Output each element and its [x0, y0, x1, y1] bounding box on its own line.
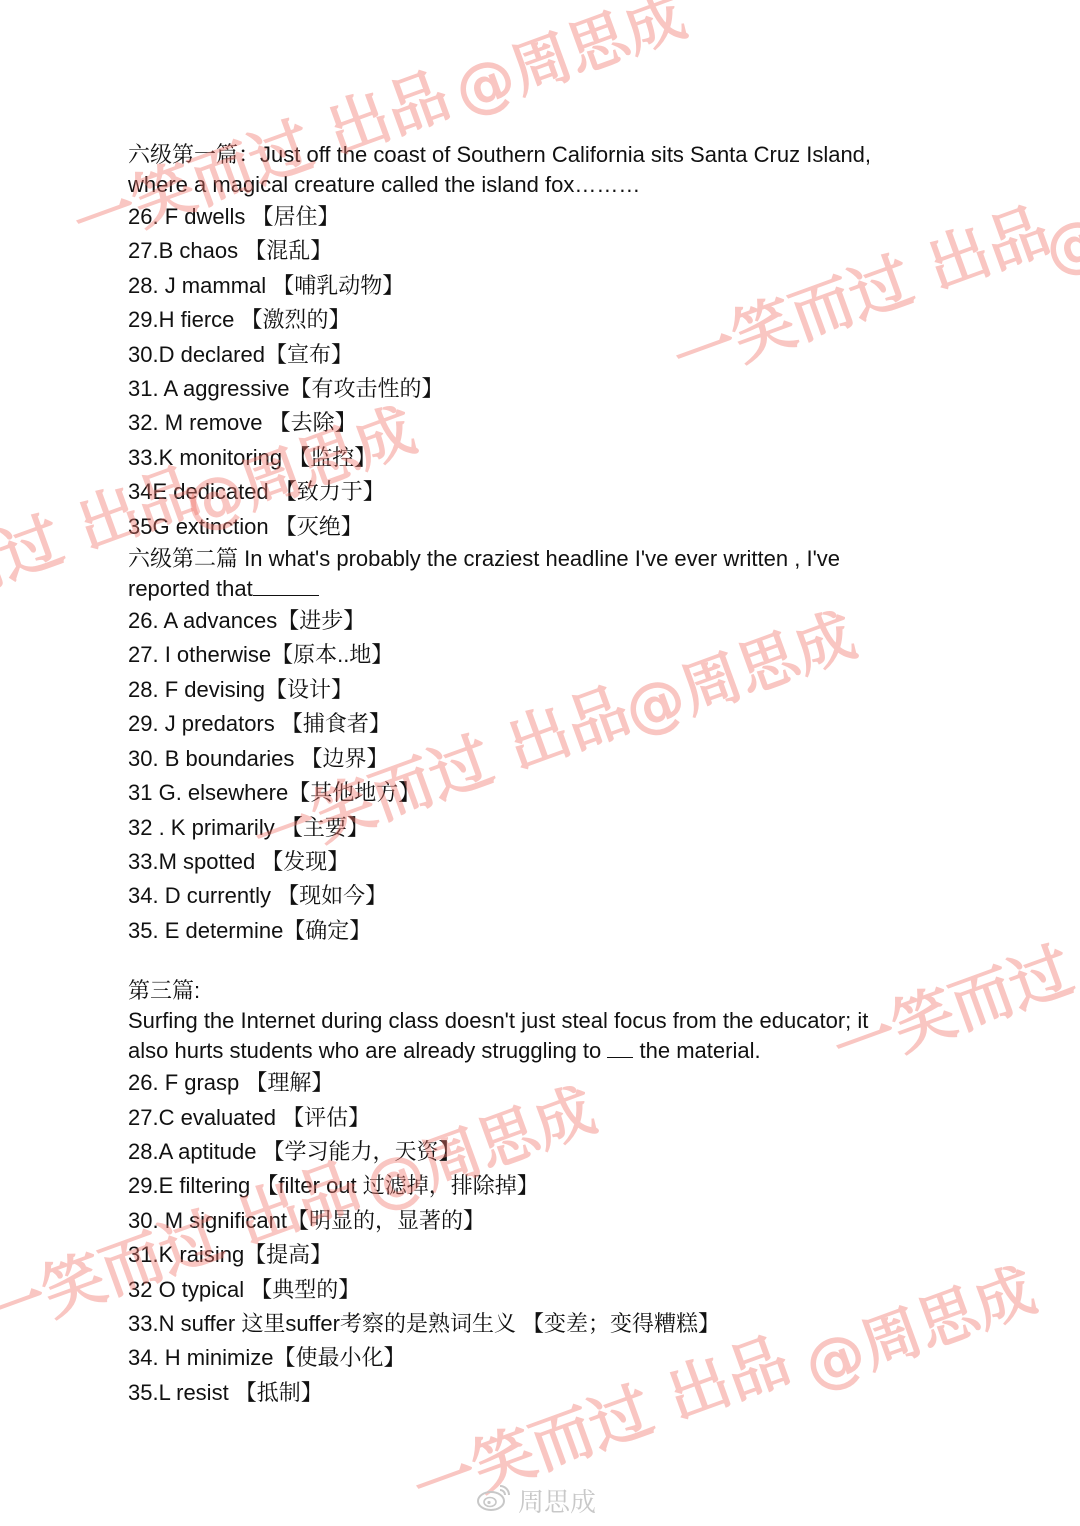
answer-item: 34. H minimize【使最小化】: [128, 1341, 968, 1375]
section-1-heading: 六级第一篇：Just off the coast of Southern Cal…: [128, 140, 968, 200]
section-spacer: [128, 948, 968, 976]
weibo-logo-icon: [476, 1482, 512, 1519]
watermark-handle-2: @周思成: [1031, 128, 1080, 291]
section-3-heading-line-2a: also hurts students who are already stru…: [128, 1038, 601, 1063]
section-2-heading: 六级第二篇 In what's probably the craziest he…: [128, 544, 968, 604]
answer-item: 30. M significant【明显的，显著的】: [128, 1204, 968, 1238]
answer-item: 34E dedicated 【致力于】: [128, 475, 968, 509]
answer-item: 32 . K primarily 【主要】: [128, 811, 968, 845]
answer-item: 35. E determine【确定】: [128, 914, 968, 948]
answer-item: 28. J mammal 【哺乳动物】: [128, 269, 968, 303]
answer-item: 26. A advances【进步】: [128, 604, 968, 638]
watermark-handle-1: @周思成: [441, 0, 696, 131]
answer-item: 27.B chaos 【混乱】: [128, 234, 968, 268]
section-2: 六级第二篇 In what's probably the craziest he…: [128, 544, 968, 948]
section-3-heading: Surfing the Internet during class doesn'…: [128, 1006, 968, 1066]
answer-item: 29.E filtering 【filter out 过滤掉，排除掉】: [128, 1169, 968, 1203]
answer-item: 26. F grasp 【理解】: [128, 1066, 968, 1100]
fill-blank: [607, 1057, 633, 1058]
answer-item: 32 O typical 【典型的】: [128, 1273, 968, 1307]
section-3-title: 第三篇:: [128, 976, 968, 1006]
section-1: 六级第一篇：Just off the coast of Southern Cal…: [128, 140, 968, 544]
answer-item: 34. D currently 【现如今】: [128, 879, 968, 913]
answer-item: 35G extinction 【灭绝】: [128, 510, 968, 544]
answer-item: 31. A aggressive【有攻击性的】: [128, 372, 968, 406]
answer-item: 30.D declared【宣布】: [128, 338, 968, 372]
answer-item: 27.C evaluated 【评估】: [128, 1101, 968, 1135]
answer-document: 六级第一篇：Just off the coast of Southern Cal…: [128, 140, 968, 1410]
section-2-heading-line-2: reported that: [128, 576, 253, 601]
answer-item: 32. M remove 【去除】: [128, 406, 968, 440]
answer-item: 27. I otherwise【原本..地】: [128, 638, 968, 672]
answer-item: 29. J predators 【捕食者】: [128, 707, 968, 741]
answer-item: 35.L resist 【抵制】: [128, 1376, 968, 1410]
answer-item: 30. B boundaries 【边界】: [128, 742, 968, 776]
answer-item: 28. F devising【设计】: [128, 673, 968, 707]
answer-item: 31.K raising【提高】: [128, 1238, 968, 1272]
answer-item: 33.N suffer 这里suffer考察的是熟词生义 【变差；变得糟糕】: [128, 1307, 968, 1341]
section-1-heading-line-2: where a magical creature called the isla…: [128, 172, 640, 197]
fill-blank: [253, 595, 319, 596]
answer-item: 29.H fierce 【激烈的】: [128, 303, 968, 337]
section-3-heading-line-1: Surfing the Internet during class doesn'…: [128, 1008, 868, 1033]
answer-item: 26. F dwells 【居住】: [128, 200, 968, 234]
weibo-watermark: 周思成: [476, 1482, 596, 1519]
weibo-username: 周思成: [518, 1482, 596, 1519]
answer-item: 28.A aptitude 【学习能力，天资】: [128, 1135, 968, 1169]
answer-item: 31 G. elsewhere【其他地方】: [128, 776, 968, 810]
answer-item: 33.M spotted 【发现】: [128, 845, 968, 879]
section-2-heading-line-1: 六级第二篇 In what's probably the craziest he…: [128, 546, 840, 571]
answer-item: 33.K monitoring 【监控】: [128, 441, 968, 475]
section-1-heading-line-1: 六级第一篇：Just off the coast of Southern Cal…: [128, 142, 871, 167]
section-3: 第三篇: Surfing the Internet during class d…: [128, 976, 968, 1410]
section-3-heading-line-2b: the material.: [640, 1038, 761, 1063]
